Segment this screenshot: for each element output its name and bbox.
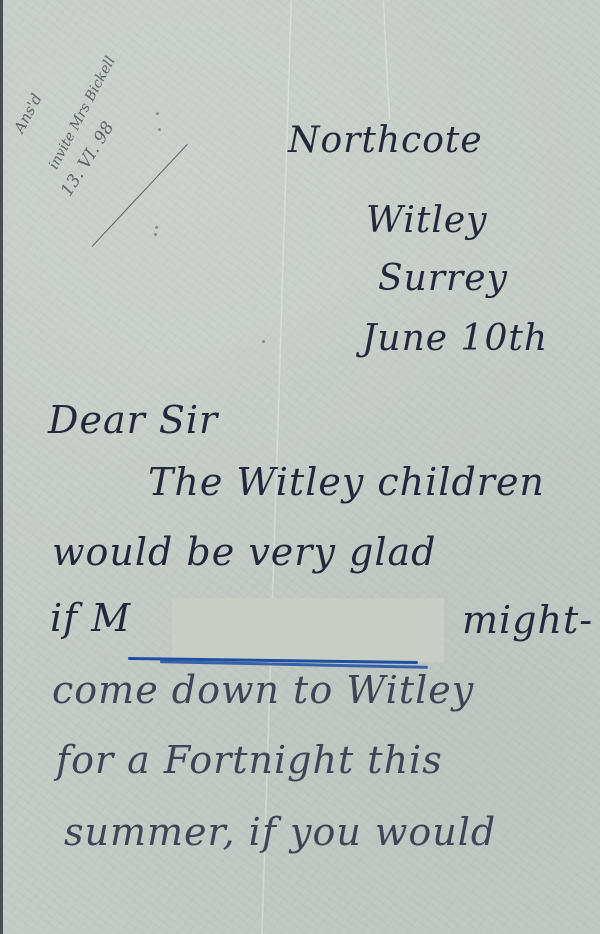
body-line-4: come down to Witley <box>52 668 474 712</box>
salutation: Dear Sir <box>48 398 218 442</box>
letter-date: June 10th <box>362 318 548 359</box>
address-county: Surrey <box>378 258 508 299</box>
address-house: Northcote <box>288 120 483 161</box>
body-line-1: The Witley children <box>148 460 545 504</box>
body-line-2: would be very glad <box>52 530 436 574</box>
address-village: Witley <box>366 200 488 241</box>
body-line-5: for a Fortnight this <box>56 738 443 782</box>
body-line-6: summer, if you would <box>64 810 496 854</box>
page-edge <box>0 0 3 934</box>
redacted-name-box <box>172 598 444 662</box>
body-line-3-end: might- <box>462 598 593 642</box>
body-line-3-start: if M <box>50 596 131 640</box>
